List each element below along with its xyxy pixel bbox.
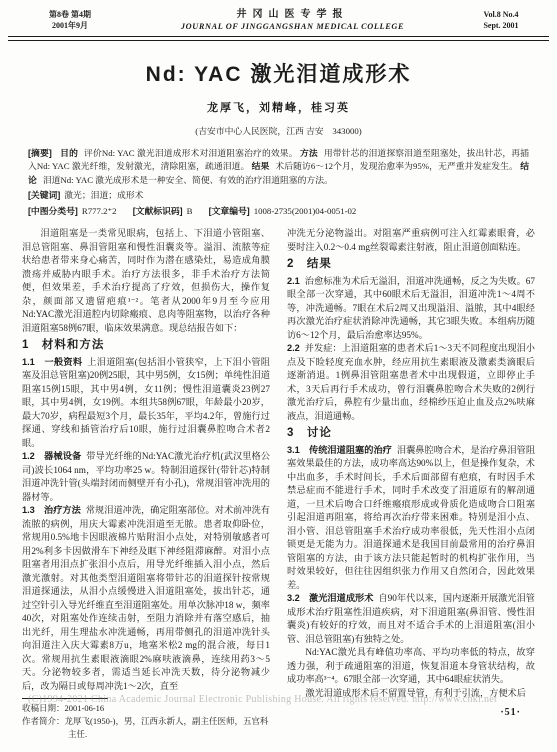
paragraph-1-1: 1.1 一般资料上泪道阻塞(包括泪小管狭窄，上下泪小管阻塞及泪总管阻塞)20例2… xyxy=(22,356,270,451)
issue-date: 2001年9月 xyxy=(10,20,130,31)
doc-code: B xyxy=(187,206,193,216)
abstract-label: [摘要] xyxy=(28,148,52,158)
paragraph-2-1: 2.1治愈标准为术后无溢泪，泪道冲洗通畅，反之为失败。67眼全部一次穿通，其中6… xyxy=(287,275,535,343)
footnote: 收稿日期：2001-06-16 作者简介：龙厚飞(1950-)，男，江西永新人，… xyxy=(22,698,270,741)
subsection-label-2-2: 2.2 xyxy=(287,343,300,353)
discussion-paragraph: Nd:YAC激光具有峰值功率高、平均功率低的特点，故穿透力强，利于疏通阻塞的泪道… xyxy=(287,646,535,687)
journal-header: 第8卷 第4期 2001年9月 井冈山医专学报 JOURNAL OF JINGG… xyxy=(0,0,557,33)
clc-label: [中图分类号] xyxy=(28,206,78,216)
keywords-text: 激光；泪道；成形术 xyxy=(64,190,143,200)
section-heading-1: 1 材料和方法 xyxy=(22,339,270,353)
closing-paragraph: 激光泪道成形术后不留置导管，有利于引流，方便术后 xyxy=(287,687,535,701)
abstract-results-label: 结果 xyxy=(252,161,270,171)
section-heading-2: 2 结果 xyxy=(287,258,535,272)
subsection-label-1-3: 1.3 治疗方法 xyxy=(22,505,81,515)
author-bio: 作者简介：龙厚飞(1950-)，男，江西永新人，副主任医师，五官科主任. xyxy=(22,715,270,741)
abstract: [摘要] 目的评价Nd: YAC 激光泪道成形术对泪道阻塞治疗的效果。 方法用带… xyxy=(28,147,529,187)
article-authors: 龙厚飞，刘精峰，桂习英 xyxy=(0,99,557,115)
issue-volume-en: Vol.8 No.4 xyxy=(455,9,547,20)
author-bio-label: 作者简介： xyxy=(22,716,65,726)
issue-info-en: Vol.8 No.4 Sept. 2001 xyxy=(455,9,547,31)
issue-volume: 第8卷 第4期 xyxy=(10,9,130,20)
subsection-label-1-1: 1.1 一般资料 xyxy=(22,357,82,367)
received-date: 收稿日期：2001-06-16 xyxy=(22,702,270,715)
keywords-line: [关键词]激光；泪道；成形术 xyxy=(28,189,529,202)
subsection-label-2-1: 2.1 xyxy=(287,276,300,286)
abstract-conclusion-text: 泪道Nd: YAC 激光成形术是一种安全、简便、有效的治疗泪道阻塞的方法。 xyxy=(43,175,333,185)
keywords-label: [关键词] xyxy=(28,190,60,200)
author-bio-text: 龙厚飞(1950-)，男，江西永新人，副主任医师，五官科主任. xyxy=(65,716,269,739)
paragraph-1-3: 1.3 治疗方法常规泪道冲洗，确定阻塞部位。对术前冲洗有流脓的病例，用庆大霉素冲… xyxy=(22,504,270,693)
paragraph-1-2: 1.2 器械设备带导光纤维的Nd:YAC激光治疗机(武汉里格公司)波长1064 … xyxy=(22,450,270,504)
article-id: 1008-2735(2001)04-0051-02 xyxy=(254,206,357,216)
issue-info: 第8卷 第4期 2001年9月 xyxy=(10,9,130,31)
section-heading-3: 3 讨论 xyxy=(287,427,535,441)
abstract-objective-text: 评价Nd: YAC 激光泪道成形术对泪道阻塞治疗的效果。 xyxy=(84,148,298,158)
footnote-rule xyxy=(22,698,108,699)
article-body: 泪道阻塞是一类常见眼病，包括上、下泪道小管阻塞、泪总管阻塞、鼻泪管阻塞和慢性泪囊… xyxy=(0,227,557,741)
paragraph-3-2: 3.2 激光泪道成形术自90年代以来，国内逐渐开展激光泪管成形术治疗阻塞性泪道疾… xyxy=(287,592,535,646)
paragraph-2-2: 2.2并发症：上泪道阻塞的患者术后1～3天不同程度出现泪小点及下睑轻度充血水肿，… xyxy=(287,342,535,423)
left-column: 泪道阻塞是一类常见眼病，包括上、下泪道小管阻塞、泪总管阻塞、鼻泪管阻塞和慢性泪囊… xyxy=(22,227,270,741)
right-column: 冲洗无分泌物溢出。对阻塞严重病例可注入红霉素眼膏，必要时注入0.2～0.4 mg… xyxy=(287,227,535,741)
article-affiliation: (吉安市中心人民医院，江西 吉安 343000) xyxy=(0,124,557,137)
article-id-label: [文章编号] xyxy=(209,206,250,216)
abstract-results-text: 术后随访6～12个月，发现治愈率为95%，无严重并发症发生。 xyxy=(275,161,518,171)
doc-code-label: [文献标识码] xyxy=(133,206,183,216)
subsection-label-3-1: 3.1 传统泪道阻塞的治疗 xyxy=(287,445,392,455)
abstract-methods-label: 方法 xyxy=(300,148,318,158)
article-title: Nd: YAC 激光泪道成形术 xyxy=(0,58,557,88)
abstract-objective-label: 目的 xyxy=(60,148,78,158)
meta-line: [中图分类号]R777.2⁺2 [文献标识码]B [文章编号]1008-2735… xyxy=(28,205,529,218)
subsection-label-3-2: 3.2 激光泪道成形术 xyxy=(287,593,373,603)
journal-page: 第8卷 第4期 2001年9月 井冈山医专学报 JOURNAL OF JINGG… xyxy=(0,0,557,752)
page-number: ·51· xyxy=(287,706,535,720)
journal-name: 井冈山医专学报 JOURNAL OF JINGGANGSHAN MEDICAL … xyxy=(130,9,455,33)
issue-date-en: Sept. 2001 xyxy=(455,20,547,31)
clc-number: R777.2⁺2 xyxy=(82,206,117,216)
journal-name-cn: 井冈山医专学报 xyxy=(130,9,455,21)
continuation-paragraph: 冲洗无分泌物溢出。对阻塞严重病例可注入红霉素眼膏，必要时注入0.2～0.4 mg… xyxy=(287,227,535,254)
paragraph-3-1: 3.1 传统泪道阻塞的治疗泪囊鼻腔吻合术，是治疗鼻泪管阻塞效果最佳的方法，成功率… xyxy=(287,444,535,593)
journal-name-en: JOURNAL OF JINGGANGSHAN MEDICAL COLLEGE xyxy=(130,21,455,33)
header-rule xyxy=(8,36,549,41)
intro-paragraph: 泪道阻塞是一类常见眼病，包括上、下泪道小管阻塞、泪总管阻塞、鼻泪管阻塞和慢性泪囊… xyxy=(22,227,270,335)
subsection-label-1-2: 1.2 器械设备 xyxy=(22,451,81,461)
